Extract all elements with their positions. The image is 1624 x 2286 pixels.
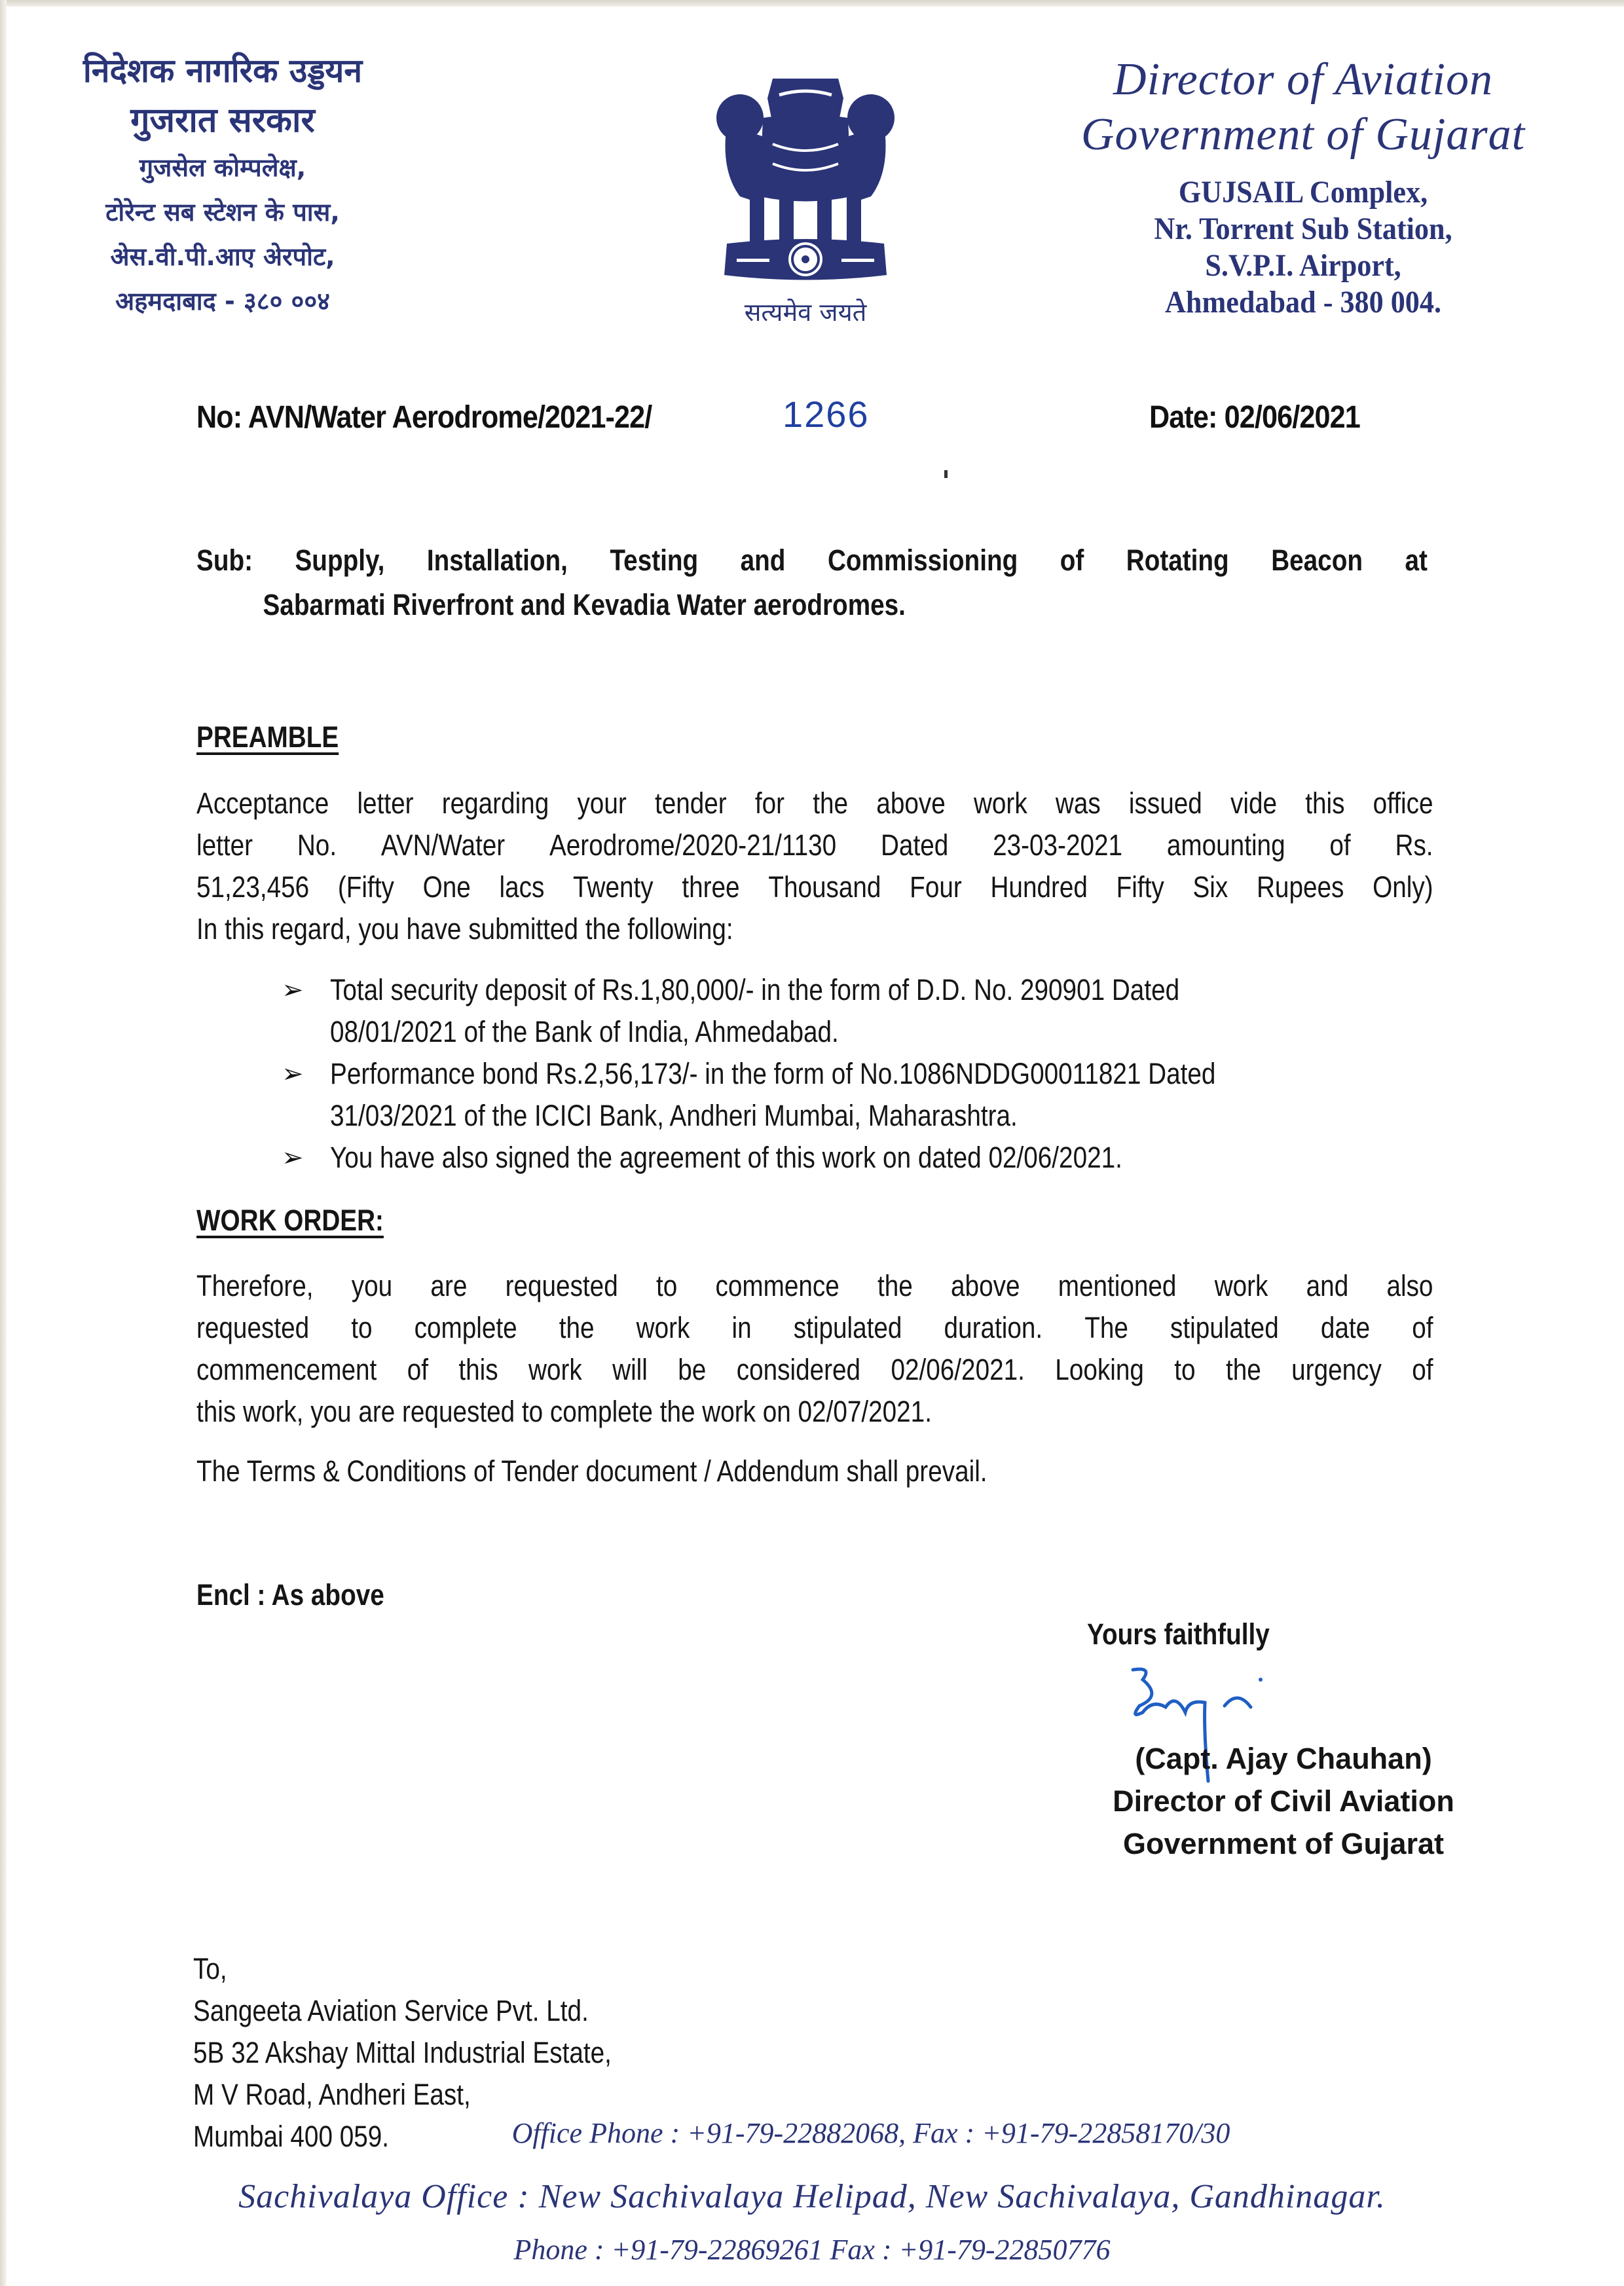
- letter-date: Date: 02/06/2021: [1149, 399, 1360, 435]
- paragraph-line: 51,23,456(FiftyOnelacsTwentythreeThousan…: [196, 866, 1433, 908]
- list-item-line: 08/01/2021 of the Bank of India, Ahmedab…: [330, 1011, 1179, 1053]
- work-order-paragraph: Therefore,youarerequestedtocommencetheab…: [196, 1265, 1434, 1433]
- paragraph-line: In this regard, you have submitted the f…: [196, 908, 1261, 950]
- addressee-line: Sangeeta Aviation Service Pvt. Ltd.: [193, 1990, 612, 2032]
- terms-note: The Terms & Conditions of Tender documen…: [196, 1450, 1434, 1492]
- national-emblem: सत्यमेव जयते: [701, 65, 910, 341]
- subject-line: Sabarmati Riverfront and Kevadia Water a…: [263, 588, 1255, 622]
- office-address-line: GUJSAIL Complex,: [1068, 174, 1538, 211]
- office-address-line: S.V.P.I. Airport,: [1068, 248, 1538, 284]
- hindi-title: निदेशक नागरिक उड्डयन: [39, 46, 406, 96]
- signatory-organization: Government of Gujarat: [1022, 1827, 1545, 1861]
- addressee-salutation: To,: [193, 1948, 612, 1990]
- signatory-designation: Director of Civil Aviation: [1022, 1784, 1545, 1818]
- work-order-heading: WORK ORDER:: [196, 1204, 384, 1238]
- national-emblem-icon: [701, 65, 910, 288]
- addressee-line: M V Road, Andheri East,: [193, 2074, 612, 2116]
- list-item: ➢ Performance bond Rs.2,56,173/- in the …: [282, 1053, 1360, 1137]
- arrow-bullet-icon: ➢: [282, 969, 330, 1011]
- scan-edge: [0, 0, 1624, 7]
- list-item-line: You have also signed the agreement of th…: [330, 1137, 1122, 1179]
- emblem-motto: सत्यमेव जयते: [701, 295, 910, 329]
- office-address-line: Ahmedabad - 380 004.: [1068, 284, 1538, 321]
- terms-text: The Terms & Conditions of Tender documen…: [196, 1450, 1261, 1492]
- addressee-line: 5B 32 Akshay Mittal Industrial Estate,: [193, 2032, 612, 2074]
- preamble-paragraph: Acceptanceletterregardingyourtenderforth…: [196, 783, 1434, 950]
- hindi-address-line: अहमदाबाद - ३८० ००४: [39, 279, 406, 323]
- enclosure-note: Encl : As above: [196, 1578, 1434, 1612]
- letterhead-english: Director of Aviation Government of Gujar…: [1048, 52, 1559, 321]
- closing-salutation: Yours faithfully: [1087, 1617, 1270, 1651]
- hindi-address-line: गुजसेल कोम्पलेक्ष,: [39, 145, 406, 190]
- hindi-address-line: अेस.वी.पी.आए अेरपोट,: [39, 234, 406, 279]
- reference-number: No: AVN/Water Aerodrome/2021-22/: [196, 399, 652, 435]
- hindi-address-line: टोरेन्ट सब स्टेशन के पास,: [39, 190, 406, 234]
- subject-line: Sub:Supply,Installation,TestingandCommis…: [196, 544, 1428, 578]
- arrow-bullet-icon: ➢: [282, 1137, 330, 1179]
- hindi-subtitle: गुजरात सरकार: [39, 96, 406, 145]
- enclosure-text: Encl : As above: [196, 1578, 1261, 1612]
- list-item-line: 31/03/2021 of the ICICI Bank, Andheri Mu…: [330, 1095, 1215, 1137]
- paragraph-line: requestedtocompletetheworkinstipulateddu…: [196, 1307, 1433, 1349]
- letterhead-hindi: निदेशक नागरिक उड्डयन गुजरात सरकार गुजसेल…: [39, 46, 406, 323]
- paragraph-line: Therefore,youarerequestedtocommencetheab…: [196, 1265, 1433, 1307]
- office-address-line: Nr. Torrent Sub Station,: [1068, 211, 1538, 248]
- footer-sachivalaya-phone: Phone : +91-79-22869261 Fax : +91-79-228…: [0, 2233, 1624, 2266]
- subject: Sub:Supply,Installation,TestingandCommis…: [196, 544, 1428, 622]
- footer-office-phone: Office Phone : +91-79-22882068, Fax : +9…: [0, 2116, 1624, 2150]
- list-item-line: Total security deposit of Rs.1,80,000/- …: [330, 969, 1179, 1011]
- paragraph-line: letterNo.AVN/WaterAerodrome/2020-21/1130…: [196, 824, 1433, 866]
- office-title: Director of Aviation: [1048, 52, 1559, 107]
- scan-mark: [944, 470, 948, 478]
- list-item: ➢ You have also signed the agreement of …: [282, 1137, 1360, 1179]
- paragraph-line: commencementofthisworkwillbeconsidered02…: [196, 1349, 1433, 1391]
- list-item-line: Performance bond Rs.2,56,173/- in the fo…: [330, 1053, 1215, 1095]
- handwritten-number: 1266: [783, 393, 870, 435]
- paragraph-line: Acceptanceletterregardingyourtenderforth…: [196, 783, 1433, 824]
- paragraph-line: this work, you are requested to complete…: [196, 1391, 1261, 1433]
- scan-edge: [0, 0, 7, 2286]
- footer-sachivalaya-office: Sachivalaya Office : New Sachivalaya Hel…: [0, 2177, 1624, 2216]
- submitted-items-list: ➢ Total security deposit of Rs.1,80,000/…: [282, 969, 1360, 1179]
- signatory-name: (Capt. Ajay Chauhan): [1022, 1742, 1545, 1776]
- preamble-heading: PREAMBLE: [196, 720, 339, 754]
- government-title: Government of Gujarat: [1048, 107, 1559, 162]
- arrow-bullet-icon: ➢: [282, 1053, 330, 1095]
- list-item: ➢ Total security deposit of Rs.1,80,000/…: [282, 969, 1360, 1053]
